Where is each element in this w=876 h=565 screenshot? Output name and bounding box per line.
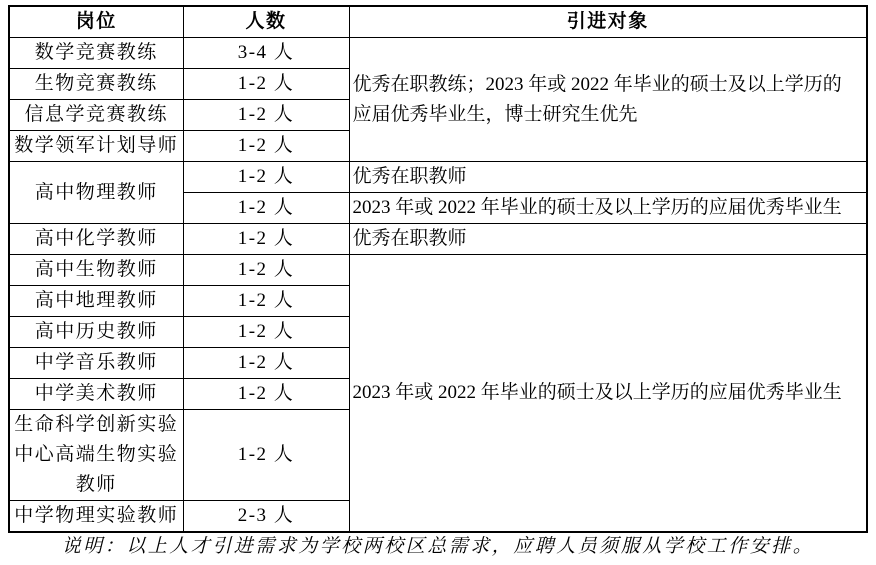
count-cell: 1-2 人 bbox=[183, 379, 349, 410]
position-cell: 高中历史教师 bbox=[9, 317, 183, 348]
recruitment-table: 岗位 人数 引进对象 数学竞赛教练 3-4 人 优秀在职教练；2023 年或 2… bbox=[8, 5, 868, 533]
count-cell: 1-2 人 bbox=[183, 348, 349, 379]
header-target: 引进对象 bbox=[349, 6, 867, 38]
count-cell: 2-3 人 bbox=[183, 501, 349, 533]
target-cell-coaches: 优秀在职教练；2023 年或 2022 年毕业的硕士及以上学历的应届优秀毕业生，… bbox=[349, 38, 867, 162]
position-cell: 高中化学教师 bbox=[9, 224, 183, 255]
count-cell: 1-2 人 bbox=[183, 317, 349, 348]
position-cell: 数学领军计划导师 bbox=[9, 131, 183, 162]
count-cell: 1-2 人 bbox=[183, 193, 349, 224]
position-cell: 数学竞赛教练 bbox=[9, 38, 183, 69]
target-cell-chemistry: 优秀在职教师 bbox=[349, 224, 867, 255]
table-row: 高中化学教师 1-2 人 优秀在职教师 bbox=[9, 224, 867, 255]
position-cell: 信息学竞赛教练 bbox=[9, 100, 183, 131]
count-cell: 1-2 人 bbox=[183, 162, 349, 193]
position-cell: 中学美术教师 bbox=[9, 379, 183, 410]
document-page: 岗位 人数 引进对象 数学竞赛教练 3-4 人 优秀在职教练；2023 年或 2… bbox=[0, 0, 876, 565]
footnote: 说明：以上人才引进需求为学校两校区总需求，应聘人员须服从学校工作安排。 bbox=[0, 533, 876, 561]
position-cell-physics: 高中物理教师 bbox=[9, 162, 183, 224]
table-row: 高中物理教师 1-2 人 优秀在职教师 bbox=[9, 162, 867, 193]
count-cell: 1-2 人 bbox=[183, 131, 349, 162]
position-cell: 中学音乐教师 bbox=[9, 348, 183, 379]
count-cell: 1-2 人 bbox=[183, 100, 349, 131]
count-cell: 3-4 人 bbox=[183, 38, 349, 69]
count-cell: 1-2 人 bbox=[183, 224, 349, 255]
table-row: 数学竞赛教练 3-4 人 优秀在职教练；2023 年或 2022 年毕业的硕士及… bbox=[9, 38, 867, 69]
count-cell: 1-2 人 bbox=[183, 255, 349, 286]
target-cell-physics-grads: 2023 年或 2022 年毕业的硕士及以上学历的应届优秀毕业生 bbox=[349, 193, 867, 224]
target-cell-physics-inservice: 优秀在职教师 bbox=[349, 162, 867, 193]
position-cell: 高中生物教师 bbox=[9, 255, 183, 286]
position-cell: 中学物理实验教师 bbox=[9, 501, 183, 533]
position-cell: 生物竞赛教练 bbox=[9, 69, 183, 100]
position-cell-lab: 生命科学创新实验中心高端生物实验教师 bbox=[9, 410, 183, 501]
header-position: 岗位 bbox=[9, 6, 183, 38]
count-cell: 1-2 人 bbox=[183, 410, 349, 501]
count-cell: 1-2 人 bbox=[183, 69, 349, 100]
header-count: 人数 bbox=[183, 6, 349, 38]
count-cell: 1-2 人 bbox=[183, 286, 349, 317]
table-header-row: 岗位 人数 引进对象 bbox=[9, 6, 867, 38]
position-cell: 高中地理教师 bbox=[9, 286, 183, 317]
table-row: 高中生物教师 1-2 人 2023 年或 2022 年毕业的硕士及以上学历的应届… bbox=[9, 255, 867, 286]
target-cell-grads: 2023 年或 2022 年毕业的硕士及以上学历的应届优秀毕业生 bbox=[349, 255, 867, 533]
